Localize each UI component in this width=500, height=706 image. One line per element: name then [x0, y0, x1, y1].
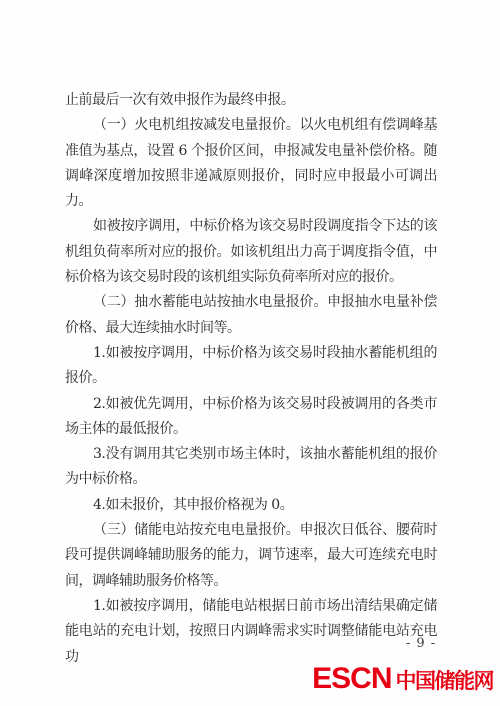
- paragraph: 3.没有调用其它类别市场主体时，该抽水蓄能机组的报价为中标价格。: [65, 442, 437, 493]
- paragraph: 2.如被优先调用，中标价格为该交易时段被调用的各类市场主体的最低报价。: [65, 392, 437, 443]
- paragraph: 如被按序调用，中标价格为该交易时段调度指令下达的该机组负荷率所对应的报价。如该机…: [65, 214, 437, 290]
- paragraph: 1.如被按序调用，储能电站根据日前市场出清结果确定储能电站的充电计划，按照日内调…: [65, 594, 437, 670]
- document-text-block: 止前最后一次有效申报作为最终申报。 （一）火电机组按减发电量报价。以火电机组有偿…: [65, 88, 437, 670]
- escn-logo-text: ESCN: [312, 662, 391, 695]
- paragraph: 止前最后一次有效申报作为最终申报。: [65, 88, 437, 113]
- escn-logo-site-name: 中国储能网: [396, 669, 494, 693]
- document-page: 止前最后一次有效申报作为最终申报。 （一）火电机组按减发电量报价。以火电机组有偿…: [0, 0, 500, 706]
- paragraph: （一）火电机组按减发电量报价。以火电机组有偿调峰基准值为基点，设置 6 个报价区…: [65, 113, 437, 214]
- paragraph: （三）储能电站按充电电量报价。申报次日低谷、腰荷时段可提供调峰辅助服务的能力，调…: [65, 518, 437, 594]
- paragraph: （二）抽水蓄能电站按抽水电量报价。申报抽水电量补偿价格、最大连续抽水时间等。: [65, 290, 437, 341]
- escn-watermark-logo: ESCN中国储能网: [312, 661, 493, 701]
- paragraph: 4.如未报价，其申报价格视为 0。: [65, 493, 437, 518]
- paragraph: 1.如被按序调用，中标价格为该交易时段抽水蓄能机组的报价。: [65, 341, 437, 392]
- page-number: - 9 -: [394, 636, 448, 651]
